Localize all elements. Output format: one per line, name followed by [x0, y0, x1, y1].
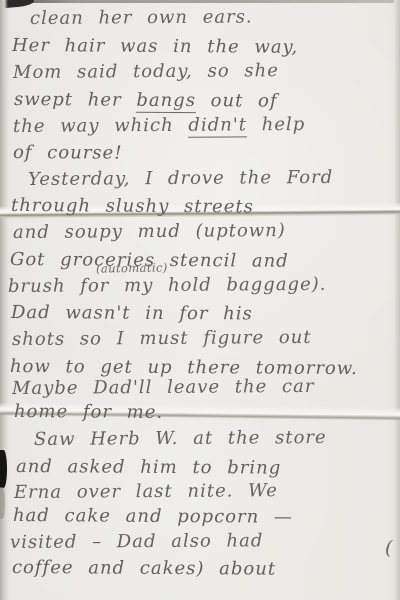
- handwriting-line: the way which didn't help: [13, 114, 305, 137]
- paper-right-edge: [394, 0, 400, 600]
- underlined-word: bangs: [136, 90, 196, 113]
- handwriting-line: home for me.: [14, 401, 163, 423]
- handwriting-line: Saw Herb W. at the store: [34, 427, 327, 450]
- handwriting-line: Dad wasn't in for his: [11, 302, 253, 324]
- handwriting-line: shots so I must figure out: [12, 327, 312, 350]
- handwriting-line: Yesterday, I drove the Ford: [28, 167, 333, 190]
- handwriting-line: Erna over last nite. We: [14, 480, 278, 503]
- handwriting-line: clean her own ears.: [30, 6, 253, 29]
- line-segment: swept her: [14, 89, 136, 111]
- handwriting-line: swept her bangs out of: [14, 89, 278, 112]
- margin-paren-mark: (: [385, 537, 392, 559]
- line-segment: out of: [196, 90, 278, 111]
- interlinear-insertion-note: (automatic): [96, 260, 168, 275]
- line-segment: the way which: [13, 115, 189, 137]
- handwriting-line: had cake and popcorn —: [13, 505, 293, 528]
- handwriting-line: through slushy streets: [11, 195, 254, 217]
- scan-edge-smudge: [0, 487, 5, 519]
- handwriting-line: Her hair was in the way,: [12, 35, 298, 58]
- handwriting-line: and asked him to bring: [16, 456, 281, 479]
- paper-top-edge: [6, 0, 394, 3]
- scan-edge-ink-blob: [0, 450, 7, 488]
- handwriting-line: of course!: [13, 142, 123, 164]
- underlined-word: didn't: [188, 114, 247, 137]
- handwriting-line: Maybe Dad'll leave the car: [12, 376, 315, 399]
- handwriting-line: coffee and cakes) about: [12, 557, 276, 580]
- handwriting-line: brush for my hold baggage).: [8, 274, 327, 297]
- line-segment: help: [247, 114, 305, 135]
- handwriting-line: Mom said today, so she: [13, 60, 279, 83]
- scanned-letter-page: clean her own ears. Her hair was in the …: [0, 0, 400, 600]
- handwriting-line: and soupy mud (uptown): [13, 220, 286, 243]
- handwriting-line: visited – Dad also had: [10, 530, 263, 553]
